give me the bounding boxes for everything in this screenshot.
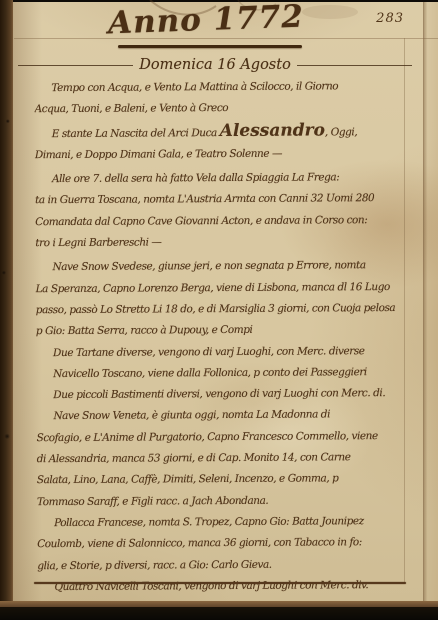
book-binding-edge [0, 0, 13, 606]
line-text: passo, passò Lo Stretto Li 18 do, e di M… [36, 302, 396, 316]
line-text: Acqua, Tuoni, e Baleni, e Vento à Greco [35, 102, 229, 115]
line-text: Tommaso Saraff, e Figli racc. a Jach Abo… [37, 494, 268, 507]
date-heading-row: Domenica 16 Agosto [18, 56, 412, 74]
manuscript-line: di Alessandria, manca 53 giorni, e di Ca… [37, 446, 424, 470]
manuscript-line: p Gio: Batta Serra, racco à Dupouy, e Co… [36, 318, 423, 342]
manuscript-line: E stante La Nascita del Arci Duca Alessa… [35, 120, 422, 144]
manuscript-line: Dimani, e Doppo Dimani Gala, e Teatro So… [35, 142, 422, 166]
manuscript-line: Scofagio, e L'Anime dl Purgatorio, Capno… [36, 425, 423, 449]
manuscript-line: glia, e Storie, p diversi, racc. a Gio: … [37, 552, 424, 576]
line-text: tro i Legni Barbereschi — [35, 236, 161, 249]
manuscript-line: Due piccoli Bastimenti diversi, vengono … [36, 382, 423, 406]
photo-bottom-dark-strip [0, 607, 438, 620]
line-text: di Alessandria, manca 53 giorni, e di Ca… [37, 451, 351, 465]
line-text: ta in Guerra Toscana, nomta L'Austria Ar… [35, 193, 374, 207]
line-text: Alle ore 7. della sera hà fatto Vela dal… [52, 172, 339, 186]
manuscript-line: Nave Snow Svedese, giunse jeri, e non se… [35, 254, 422, 278]
manuscript-line: Due Tartane diverse, vengono di varj Luo… [36, 339, 423, 363]
line-text: Comandata dal Capno Cave Giovanni Acton,… [35, 214, 367, 228]
manuscript-line: tro i Legni Barbereschi — [35, 230, 422, 254]
flourish-line-left [18, 65, 133, 66]
line-text: Tempo con Acqua, e Vento La Mattina à Sc… [51, 80, 338, 94]
line-text-post: , Oggi, [325, 126, 357, 138]
closing-ink-rule [34, 582, 406, 584]
manuscript-line: Salata, Lino, Lana, Caffè, Dimiti, Selen… [37, 467, 424, 491]
date-heading: Domenica 16 Agosto [133, 57, 297, 73]
manuscript-line: Pollacca Francese, nomta S. Tropez, Capn… [37, 510, 424, 534]
line-text: Salata, Lino, Lana, Caffè, Dimiti, Selen… [37, 473, 339, 487]
manuscript-line: Comandata dal Capno Cave Giovanni Acton,… [35, 209, 422, 233]
manuscript-line: La Speranza, Capno Lorenzo Berga, viene … [36, 275, 423, 299]
page-number: 283 [376, 11, 404, 26]
manuscript-line: Acqua, Tuoni, e Baleni, e Vento à Greco [34, 96, 421, 120]
manuscript-photo: Anno 1772 283 Domenica 16 Agosto Tempo c… [0, 0, 438, 620]
manuscript-line: Tommaso Saraff, e Figli racc. a Jach Abo… [37, 488, 424, 512]
manuscript-line: Nave Snow Veneta, è giunta oggi, nomta L… [36, 403, 423, 427]
line-text: Due piccoli Bastimenti diversi, vengono … [53, 387, 385, 401]
manuscript-line: Navicello Toscano, viene dalla Follonica… [36, 361, 423, 385]
manuscript-line: Tempo con Acqua, e Vento La Mattina à Sc… [34, 75, 421, 99]
line-text: Nave Snow Svedese, giunse jeri, e non se… [52, 260, 365, 274]
line-text: Navicello Toscano, viene dalla Follonica… [53, 366, 367, 380]
ruled-margin-line-top [14, 38, 438, 39]
manuscript-line: passo, passò Lo Stretto Li 18 do, e di M… [36, 297, 423, 321]
line-text: glia, e Storie, p diversi, racc. a Gio: … [37, 558, 271, 571]
line-text: p Gio: Batta Serra, racco à Dupouy, e Co… [36, 324, 253, 337]
flourish-line-right [297, 65, 412, 66]
line-text: Nave Snow Veneta, è giunta oggi, nomta L… [53, 409, 330, 423]
title-underline-rule [118, 45, 302, 48]
line-text: Dimani, e Doppo Dimani Gala, e Teatro So… [35, 148, 282, 162]
page-right-edge [423, 2, 438, 602]
line-text: Due Tartane diverse, vengono di varj Luo… [53, 345, 365, 359]
manuscript-line: ta in Guerra Toscana, nomta L'Austria Ar… [35, 187, 422, 211]
manuscript-line: Coulomb, viene di Salonnicco, manca 36 g… [37, 531, 424, 555]
line-text-large-word: Alessandro [220, 120, 325, 140]
line-text: La Speranza, Capno Lorenzo Berga, viene … [36, 281, 390, 295]
line-text-pre: E stante La Nascita del Arci Duca [52, 127, 220, 140]
manuscript-line: Quattro Navicelli Toscani, vengono di va… [37, 574, 424, 598]
line-text: Pollacca Francese, nomta S. Tropez, Capn… [54, 515, 364, 529]
page-title: Anno 1772 [107, 0, 304, 41]
manuscript-text-block: Tempo con Acqua, e Vento La Mattina à Sc… [34, 75, 424, 619]
line-text: Scofagio, e L'Anime dl Purgatorio, Capno… [37, 430, 378, 444]
manuscript-line: Alle ore 7. della sera hà fatto Vela dal… [35, 166, 422, 190]
line-text: Coulomb, viene di Salonnicco, manca 36 g… [37, 536, 362, 550]
